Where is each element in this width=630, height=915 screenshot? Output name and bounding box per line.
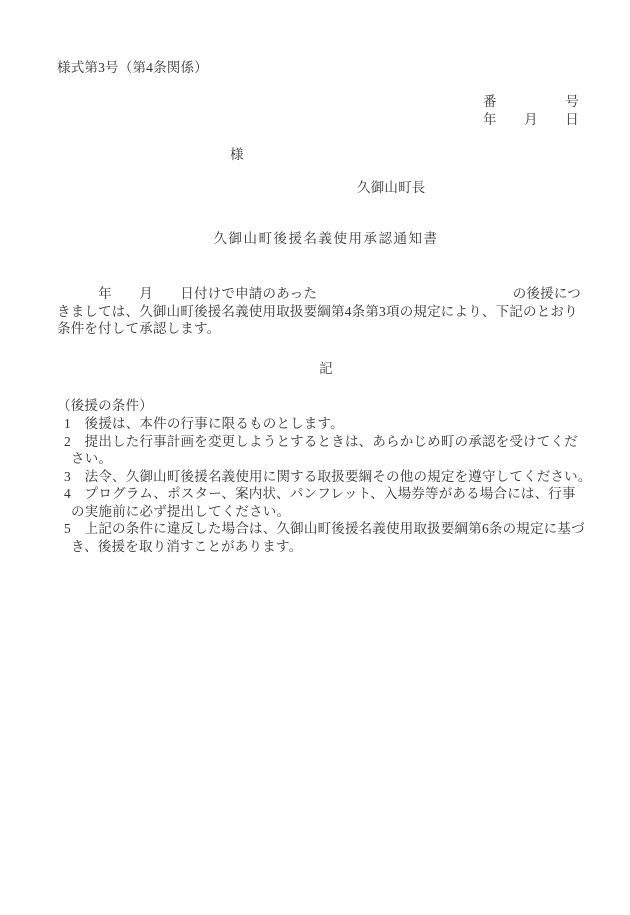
condition-line-5-continuation: き、後援を取り消すことがあります。 [71, 538, 302, 556]
condition-line-4: 4 プログラム、ポスター、案内状、パンフレット、入場券等がある場合には、行事 [64, 485, 576, 503]
conditions-heading: （後援の条件） [57, 397, 153, 415]
document-number-line: 番 号 [483, 93, 579, 111]
condition-line-2-continuation: さい。 [71, 450, 112, 468]
form-number: 様式第3号（第4条関係） [57, 59, 208, 77]
sender-title: 久御山町長 [357, 179, 426, 197]
document-page: 様式第3号（第4条関係） 番 号 年 月 日 様 久御山町長 久御山町後援名義使… [0, 0, 630, 915]
document-title: 久御山町後援名義使用承認通知書 [57, 230, 595, 248]
condition-line-1: 1 後援は、本件の行事に限るものとします。 [64, 415, 344, 433]
addressee-honorific: 様 [230, 146, 244, 164]
condition-line-3: 3 法令、久御山町後援名義使用に関する取扱要綱その他の規定を遵守してください。 [64, 468, 592, 486]
condition-line-5: 5 上記の条件に違反した場合は、久御山町後援名義使用取扱要綱第6条の規定に基づ [64, 520, 585, 538]
condition-line-4-continuation: の実施前に必ず提出してください。 [71, 503, 290, 521]
body-line-2: きましては、久御山町後援名義使用取扱要綱第4条第3項の規定により、下記のとおり [57, 303, 578, 321]
body-line-3: 条件を付して承認します。 [57, 320, 220, 338]
body-line-1: 年 月 日付けで申請のあった の後援につ [57, 285, 581, 303]
date-line: 年 月 日 [483, 111, 579, 129]
record-marker: 記 [57, 360, 595, 378]
body-line-1-left: 年 月 日付けで申請のあった [57, 285, 317, 303]
body-line-1-right: の後援につ [513, 285, 581, 303]
condition-line-2: 2 提出した行事計画を変更しようとするときは、あらかじめ町の承認を受けてくだ [64, 433, 578, 451]
